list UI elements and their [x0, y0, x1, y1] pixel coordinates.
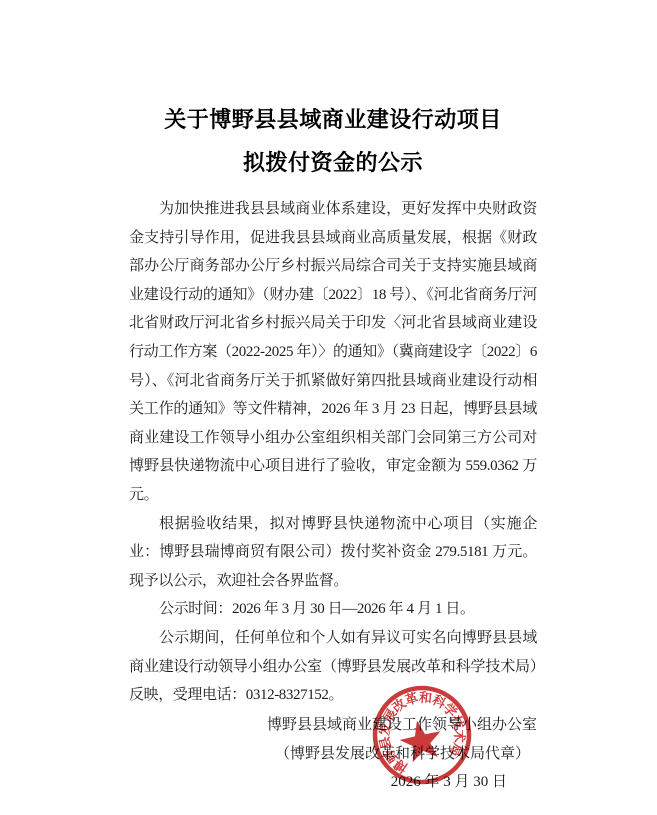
- notice-title-line-2: 拟拨付资金的公示: [129, 141, 537, 184]
- body-paragraph-basis: 为加快推进我县县域商业体系建设，更好发挥中央财政资金支持引导作用，促进我县县域商…: [129, 195, 537, 510]
- notice-content: 关于博野县县域商业建设行动项目 拟拨付资金的公示 为加快推进我县县域商业体系建设…: [129, 0, 537, 710]
- seal-star-icon: [396, 716, 445, 764]
- body-paragraph-allocation: 根据验收结果，拟对博野县快递物流中心项目（实施企业：博野县瑞博商贸有限公司）拨付…: [129, 510, 537, 596]
- body-paragraph-period: 公示时间：2026 年 3 月 30 日—2026 年 4 月 1 日。: [129, 595, 537, 624]
- notice-page: 关于博野县县域商业建设行动项目 拟拨付资金的公示 为加快推进我县县域商业体系建设…: [0, 0, 657, 815]
- notice-body: 为加快推进我县县域商业体系建设，更好发挥中央财政资金支持引导作用，促进我县县域商…: [129, 195, 537, 710]
- notice-title-line-1: 关于博野县县域商业建设行动项目: [129, 98, 537, 141]
- notice-title: 关于博野县县域商业建设行动项目 拟拨付资金的公示: [129, 98, 537, 184]
- official-seal-stamp: 博野县发展改革和科学技术局: [357, 670, 487, 800]
